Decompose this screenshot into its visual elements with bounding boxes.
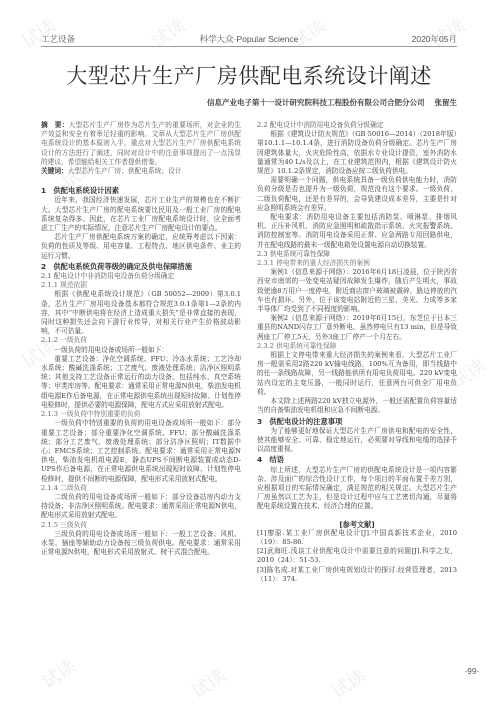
paragraph: 配电要求：消防用电设备主要包括消防泵、喷淋泵、排烟风机、正压补风机、消防应急照明…	[257, 213, 457, 250]
subsubsection-heading: 2.1.5 三级负荷	[41, 521, 241, 530]
right-column: 2.2 配电设计中消防用电设备负荷分级确定 根据《建筑设计防火规范》（GB 50…	[257, 121, 457, 584]
paragraph: 本文除上述两路220 kV独立电源外，一般还需配置负荷容量适当的自备柴油发电机组…	[257, 397, 457, 415]
subsubsection-heading: 2.1.3 一级负荷中特别重要的负荷	[41, 410, 241, 419]
subsubsection-heading: 2.1.4 二级负荷	[41, 484, 241, 493]
paragraph: 芯片生产厂房供配电系统方案的确定，应统筹考虑以下因素：负荷的性质及等级、用电容量…	[41, 233, 241, 261]
subsection-heading: 2.3 供电系统可靠性保障	[257, 250, 457, 259]
references-heading: [参考文献]	[257, 520, 457, 529]
subsubsection-heading: 2.3.2 供电系统可靠性保障	[257, 342, 457, 351]
watermark: 试读	[186, 662, 230, 704]
reference-item: [2]武海旺.浅谈工业供配电设计中需要注意的问题[J].科学之友，2010（24…	[257, 547, 457, 565]
byline: 信息产业电子第十一设计研究院科技工程股份有限公司合肥分公司张留生	[207, 97, 457, 108]
affiliation: 信息产业电子第十一设计研究院科技工程股份有限公司合肥分公司	[207, 98, 425, 107]
article-title: 大型芯片生产厂房供配电系统设计阐述	[41, 60, 457, 90]
page-number: -99-	[465, 667, 479, 676]
paragraph: 一级负荷的用电设备或场所一般如下：	[41, 346, 241, 355]
header-divider	[41, 46, 457, 47]
paragraph: 一级负荷中特别重要的负荷的用电设备或场所一般如下：部分重要工艺设备；部分重要净化…	[41, 419, 241, 483]
paragraph: 综上所述，大型芯片生产厂房的供配电系统设计是一项内容繁杂、涉及面广的综合性设计工…	[257, 466, 457, 512]
section-heading-2: 2 供配电系统负荷等级的确定及供电保障措施	[41, 262, 241, 271]
author: 张留生	[435, 98, 458, 107]
subsubsection-heading: 2.3.1 停电带来的重大经济损失的案例	[257, 259, 457, 268]
paragraph: 重要工艺设备：净化空调系统、FFU；冷冻水系统；工艺冷却水系统；酸碱洗涤系统；工…	[41, 355, 241, 410]
subsection-heading: 2.2 配电设计中消防用电设备负荷分级确定	[257, 121, 457, 130]
paragraph: 为了能够更好地保证大型芯片生产厂房供电和配电的安全性，使其能够安全、可靠、稳定地…	[257, 427, 457, 455]
paragraph: 根据《建筑设计防火规范》（GB 50016—2014）（2018年版）第10.1…	[257, 130, 457, 176]
section-heading-4: 4 结语	[257, 455, 457, 464]
abstract: 摘 要：大型芯片生产厂房作为芯片生产的重要场所，对企业的生产效益和安全有着举足轻…	[41, 121, 241, 167]
watermark: 试读	[326, 662, 370, 704]
watermark: 试读	[36, 652, 80, 694]
keywords: 关键词：大型芯片生产厂房；供配电系统；设计	[41, 167, 241, 176]
subsection-heading: 2.1 配电设计中非消防用电设备负荷分级确定	[41, 272, 241, 281]
issue-date: 2020年05月	[412, 33, 457, 45]
paragraph: 需要明确一个问题，供电系统具备一级负荷供电能力时，消防负荷分级是否也提升为一级负…	[257, 176, 457, 213]
paragraph: 根据《供配电系统设计规范》（GB 50052—2009）第3.0.1条，芯片生产…	[41, 290, 241, 336]
subsubsection-heading: 2.1.2 一级负荷	[41, 336, 241, 345]
keywords-label: 关键词：	[41, 167, 68, 175]
paragraph: 案例1（信息来源于网络）：2016年6月18日凌晨，位于陕西省西安市南郊的一处变…	[257, 268, 457, 314]
reference-item: [3]陈名成.对某工业厂房供电规划设计的探讨.经营管理者，2013（11）：37…	[257, 566, 457, 584]
journal-name: 科学大众·Popular Science	[41, 33, 457, 45]
left-column: 摘 要：大型芯片生产厂房作为芯片生产的重要场所，对企业的生产效益和安全有着举足轻…	[41, 121, 241, 557]
paragraph: 二级负荷的用电设备或场所一般如下：部分设备站房内动力支持设备；非洁净区照明系统。…	[41, 493, 241, 521]
reference-item: [1]廖原.某工业厂房供配电设计[J].中国高新技术企业，2010（19）：85…	[257, 529, 457, 547]
paragraph: 案例2（信息来源于网络）：2019年6月15日，东芝位于日本三重县的NAND闪存…	[257, 314, 457, 342]
paragraph: 三级负荷的用电设备或场所一般如下：一般工艺设备、风机、水泵、插座等辅助动力设备按…	[41, 530, 241, 558]
running-header: 工艺设备 科学大众·Popular Science 2020年05月	[41, 33, 457, 46]
section-heading-1: 1 供配电系统设计因素	[41, 186, 241, 195]
section-heading-3: 3 供配电设计的注意事项	[257, 417, 457, 426]
paragraph: 根据上文停电带来重大经济损失的案例来看，大型芯片工业厂房一般需采用2路220 k…	[257, 351, 457, 397]
paragraph: 近年来，我国经济快速发展，芯片工业生产的规模也在不断扩大。大型芯片生产厂房的配电…	[41, 196, 241, 233]
abstract-label: 摘 要：	[41, 121, 69, 129]
